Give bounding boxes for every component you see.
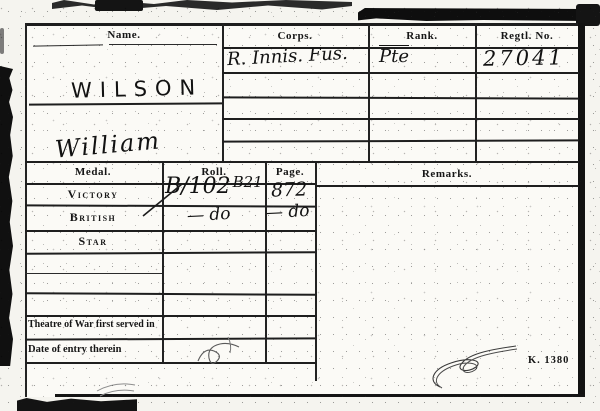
page-column-header: Page. [276, 166, 304, 178]
scan-artifact-bottom-left [17, 398, 137, 411]
name-header-underline [33, 44, 103, 47]
card-border-top [25, 23, 585, 26]
surname-underline [29, 102, 222, 105]
british-page-ditto: — do [266, 201, 311, 223]
medal-row-victory: Victory [68, 187, 119, 202]
card-border-left [25, 23, 27, 397]
card-border-right [578, 23, 585, 397]
medal-row-rule [25, 251, 315, 255]
victory-page-value: 872 [271, 178, 308, 201]
form-number: K. 1380 [528, 355, 569, 366]
medal-row-rule-short [25, 273, 162, 274]
british-roll-ditto: — do [187, 204, 232, 226]
victory-roll-value: B/102B21 [165, 173, 263, 199]
roll-number: B/102 [165, 174, 231, 199]
regtl-column-header: Regtl. No. [501, 30, 554, 42]
service-row-rule [222, 139, 579, 142]
service-row-rule [222, 118, 579, 120]
forename-value: William [54, 126, 162, 163]
rank-column-header: Rank. [406, 30, 437, 42]
divider-page-remarks [315, 163, 317, 381]
name-header-underline [109, 44, 217, 45]
theatre-of-war-label: Theatre of War first served in [28, 319, 155, 330]
date-of-entry-label: Date of entry therein [28, 344, 121, 355]
remarks-column-header: Remarks. [422, 168, 472, 180]
medal-row-star: Star [79, 234, 108, 249]
medal-row-rule [25, 230, 315, 232]
medal-row-british: British [70, 210, 117, 225]
scan-artifact-left-band [0, 66, 13, 366]
card-border-bottom [55, 394, 585, 397]
regtl-no-value: 27041 [483, 45, 565, 70]
service-row-rule [222, 72, 579, 74]
divider-roll-page [265, 163, 267, 363]
index-card: Name. Corps. Rank. Regtl. No. WILSON Wil… [25, 23, 585, 397]
medal-table-bottom-rule [25, 362, 317, 364]
medal-row-rule [25, 315, 315, 317]
medal-row-rule [25, 337, 315, 340]
name-column-header: Name. [107, 29, 140, 41]
medal-row-rule [25, 292, 315, 296]
remarks-header-underline [315, 185, 579, 187]
scan-artifact-top-right-band [358, 8, 586, 21]
section-divider-rule [25, 161, 579, 163]
scanned-medal-index-card: Name. Corps. Rank. Regtl. No. WILSON Wil… [0, 0, 600, 411]
service-row-rule [222, 96, 579, 99]
scan-artifact-left-tick [0, 28, 4, 54]
roll-number-suffix: B21 [233, 173, 263, 191]
corps-column-header: Corps. [277, 30, 312, 42]
scan-artifact-top-left-heavy [95, 0, 143, 11]
rank-value: Pte [379, 46, 409, 67]
medal-column-header: Medal. [75, 166, 111, 178]
surname-value: WILSON [71, 75, 204, 102]
divider-medal-roll [162, 163, 164, 363]
